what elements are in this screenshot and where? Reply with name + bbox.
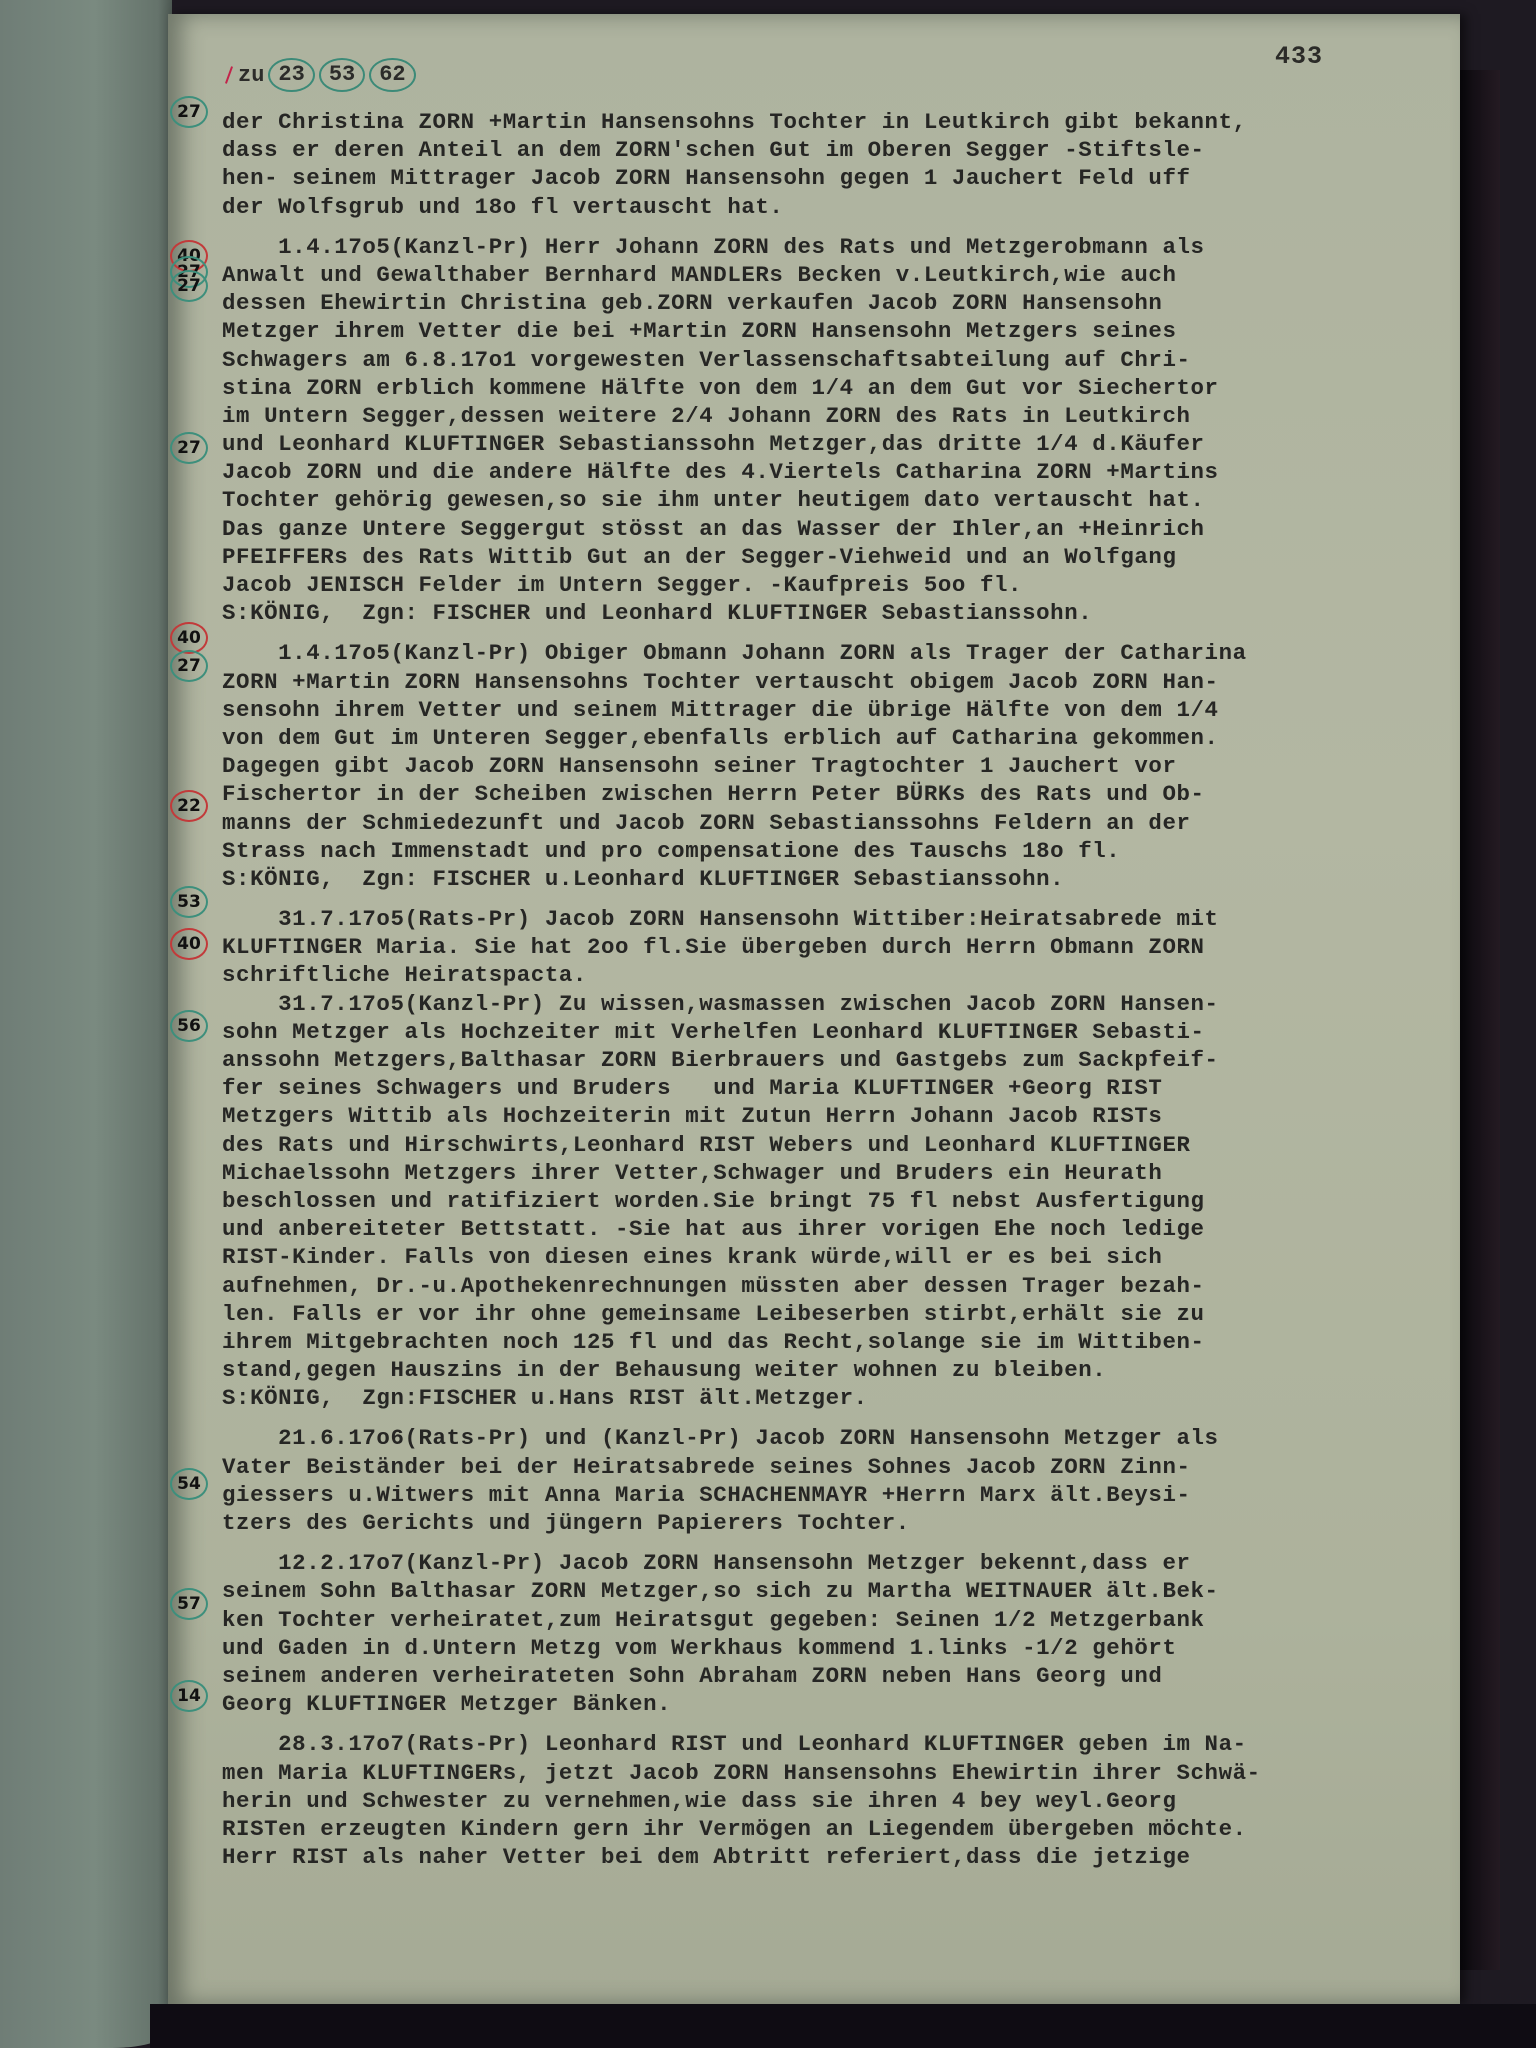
text-line: der Wolfsgrub und 18o fl vertauscht hat. [222,193,1462,221]
page-number: 433 [1275,42,1323,71]
record-entry: 1.4.17o5(Kanzl-Pr) Obiger Obmann Johann … [222,639,1462,893]
text-line: Strass nach Immenstadt und pro compensat… [222,837,1462,865]
text-line: giessers u.Witwers mit Anna Maria SCHACH… [222,1481,1462,1509]
text-line: und Leonhard KLUFTINGER Sebastianssohn M… [222,430,1462,458]
reference-number: 62 [369,58,415,92]
record-entry: 28.3.17o7(Rats-Pr) Leonhard RIST und Leo… [222,1730,1462,1871]
margin-annotation: 40 [170,928,208,960]
text-line: seinem Sohn Balthasar ZORN Metzger,so si… [222,1577,1462,1605]
text-line: tzers des Gerichts und jüngern Papierers… [222,1509,1462,1537]
text-line: Metzger ihrem Vetter die bei +Martin ZOR… [222,317,1462,345]
text-line: des Rats und Hirschwirts,Leonhard RIST W… [222,1131,1462,1159]
margin-annotation: 22 [170,790,208,822]
text-line: S:KÖNIG, Zgn: FISCHER und Leonhard KLUFT… [222,599,1462,627]
reference-number: 53 [319,58,365,92]
reference-prefix: zu [238,63,264,88]
text-line: hen- seinem Mittrager Jacob ZORN Hansens… [222,164,1462,192]
document-body: der Christina ZORN +Martin Hansensohns T… [222,108,1462,1883]
record-entry: 21.6.17o6(Rats-Pr) und (Kanzl-Pr) Jacob … [222,1424,1462,1537]
text-line: von dem Gut im Unteren Segger,ebenfalls … [222,724,1462,752]
text-line: schriftliche Heiratspacta. [222,961,1462,989]
margin-annotation: 57 [170,1588,208,1620]
text-line: RISTen erzeugten Kindern gern ihr Vermög… [222,1815,1462,1843]
text-line: dass er deren Anteil an dem ZORN'schen G… [222,136,1462,164]
record-entry: 1.4.17o5(Kanzl-Pr) Herr Johann ZORN des … [222,233,1462,628]
record-entry: 12.2.17o7(Kanzl-Pr) Jacob ZORN Hansensoh… [222,1549,1462,1718]
document-page: 433 zu 23 53 62 der Christina ZORN +Mart… [168,14,1460,2004]
text-line: ZORN +Martin ZORN Hansensohns Tochter ve… [222,668,1462,696]
margin-annotation: 27 [170,270,208,302]
text-line: sensohn ihrem Vetter und seinem Mittrage… [222,696,1462,724]
text-line: PFEIFFERs des Rats Wittib Gut an der Seg… [222,543,1462,571]
text-line: Jacob ZORN und die andere Hälfte des 4.V… [222,458,1462,486]
text-line: len. Falls er vor ihr ohne gemeinsame Le… [222,1300,1462,1328]
text-line: Herr RIST als naher Vetter bei dem Abtri… [222,1843,1462,1871]
margin-annotation: 14 [170,1680,208,1712]
margin-annotation: 27 [170,432,208,464]
text-line: anssohn Metzgers,Balthasar ZORN Bierbrau… [222,1046,1462,1074]
text-line: aufnehmen, Dr.-u.Apothekenrechnungen müs… [222,1272,1462,1300]
record-entry: 31.7.17o5(Rats-Pr) Jacob ZORN Hansensohn… [222,905,1462,1412]
text-line: ken Tochter verheiratet,zum Heiratsgut g… [222,1606,1462,1634]
text-line: sohn Metzger als Hochzeiter mit Verhelfe… [222,1018,1462,1046]
text-line: ihrem Mitgebrachten noch 125 fl und das … [222,1328,1462,1356]
text-line: 1.4.17o5(Kanzl-Pr) Herr Johann ZORN des … [222,233,1462,261]
margin-annotation: 56 [170,1010,208,1042]
page-shadow [1460,70,1500,1970]
margin-annotation: 53 [170,886,208,918]
text-line: stina ZORN erblich kommene Hälfte von de… [222,374,1462,402]
text-line: RIST-Kinder. Falls von diesen eines kran… [222,1243,1462,1271]
margin-annotation: 27 [170,96,208,128]
record-entry: der Christina ZORN +Martin Hansensohns T… [222,108,1462,221]
text-line: Dagegen gibt Jacob ZORN Hansensohn seine… [222,752,1462,780]
text-line: Das ganze Untere Seggergut stösst an das… [222,515,1462,543]
text-line: dessen Ehewirtin Christina geb.ZORN verk… [222,289,1462,317]
text-line: 28.3.17o7(Rats-Pr) Leonhard RIST und Leo… [222,1730,1462,1758]
text-line: Michaelssohn Metzgers ihrer Vetter,Schwa… [222,1159,1462,1187]
text-line: der Christina ZORN +Martin Hansensohns T… [222,108,1462,136]
text-line: 31.7.17o5(Rats-Pr) Jacob ZORN Hansensohn… [222,905,1462,933]
text-line: seinem anderen verheirateten Sohn Abraha… [222,1662,1462,1690]
text-line: beschlossen und ratifiziert worden.Sie b… [222,1187,1462,1215]
text-line: 1.4.17o5(Kanzl-Pr) Obiger Obmann Johann … [222,639,1462,667]
text-line: herin und Schwester zu vernehmen,wie das… [222,1787,1462,1815]
text-line: im Untern Segger,dessen weitere 2/4 Joha… [222,402,1462,430]
text-line: Schwagers am 6.8.17o1 vorgewesten Verlas… [222,346,1462,374]
text-line: stand,gegen Hauszins in der Behausung we… [222,1356,1462,1384]
text-line: S:KÖNIG, Zgn:FISCHER u.Hans RIST ält.Met… [222,1384,1462,1412]
text-line: Metzgers Wittib als Hochzeiterin mit Zut… [222,1102,1462,1130]
red-tick-mark [225,66,233,84]
text-line: fer seines Schwagers und Bruders und Mar… [222,1074,1462,1102]
previous-page-edge [0,0,172,2048]
text-line: Tochter gehörig gewesen,so sie ihm unter… [222,486,1462,514]
text-line: 21.6.17o6(Rats-Pr) und (Kanzl-Pr) Jacob … [222,1424,1462,1452]
text-line: 12.2.17o7(Kanzl-Pr) Jacob ZORN Hansensoh… [222,1549,1462,1577]
book-edge [150,2004,1536,2048]
text-line: und anbereiteter Bettstatt. -Sie hat aus… [222,1215,1462,1243]
text-line: Georg KLUFTINGER Metzger Bänken. [222,1690,1462,1718]
text-line: und Gaden in d.Untern Metzg vom Werkhaus… [222,1634,1462,1662]
margin-annotation: 54 [170,1468,208,1500]
text-line: Vater Beiständer bei der Heiratsabrede s… [222,1453,1462,1481]
reference-number: 23 [268,58,314,92]
margin-annotation: 27 [170,650,208,682]
text-line: manns der Schmiedezunft und Jacob ZORN S… [222,809,1462,837]
text-line: 31.7.17o5(Kanzl-Pr) Zu wissen,wasmassen … [222,990,1462,1018]
reference-line: zu 23 53 62 [228,58,416,92]
text-line: Anwalt und Gewalthaber Bernhard MANDLERs… [222,261,1462,289]
text-line: men Maria KLUFTINGERs, jetzt Jacob ZORN … [222,1759,1462,1787]
text-line: Jacob JENISCH Felder im Untern Segger. -… [222,571,1462,599]
text-line: Fischertor in der Scheiben zwischen Herr… [222,780,1462,808]
text-line: S:KÖNIG, Zgn: FISCHER u.Leonhard KLUFTIN… [222,865,1462,893]
text-line: KLUFTINGER Maria. Sie hat 2oo fl.Sie übe… [222,933,1462,961]
